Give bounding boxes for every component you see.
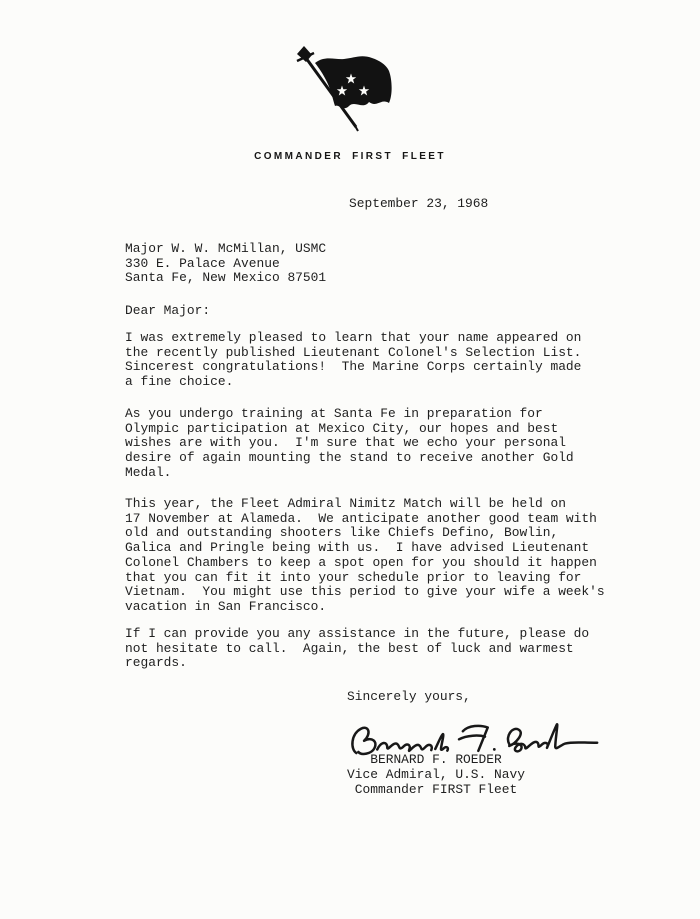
salutation: Dear Major: <box>125 304 210 319</box>
body-paragraph-3: This year, the Fleet Admiral Nimitz Matc… <box>125 497 625 615</box>
closing-line: Sincerely yours, <box>347 690 471 705</box>
letterhead-title: COMMANDER FIRST FLEET <box>0 151 700 162</box>
body-paragraph-4: If I can provide you any assistance in t… <box>125 627 625 671</box>
letter-page: COMMANDER FIRST FLEET September 23, 1968… <box>0 0 700 919</box>
body-paragraph-1: I was extremely pleased to learn that yo… <box>125 331 625 390</box>
recipient-name-line: Major W. W. McMillan, USMC <box>125 241 326 256</box>
signature-typed-name: BERNARD F. ROEDER <box>370 752 502 767</box>
recipient-address: Major W. W. McMillan, USMC330 E. Palace … <box>125 242 326 286</box>
date-line: September 23, 1968 <box>349 197 488 212</box>
signature-block: BERNARD F. ROEDERVice Admiral, U.S. Navy… <box>312 752 560 798</box>
signature-typed-title: Vice Admiral, U.S. Navy <box>347 767 525 782</box>
recipient-street-line: 330 E. Palace Avenue <box>125 256 280 271</box>
vice-admiral-flag-icon <box>293 46 407 138</box>
recipient-city-line: Santa Fe, New Mexico 87501 <box>125 270 326 285</box>
signature-typed-org: Commander FIRST Fleet <box>355 782 517 797</box>
body-paragraph-2: As you undergo training at Santa Fe in p… <box>125 407 625 481</box>
